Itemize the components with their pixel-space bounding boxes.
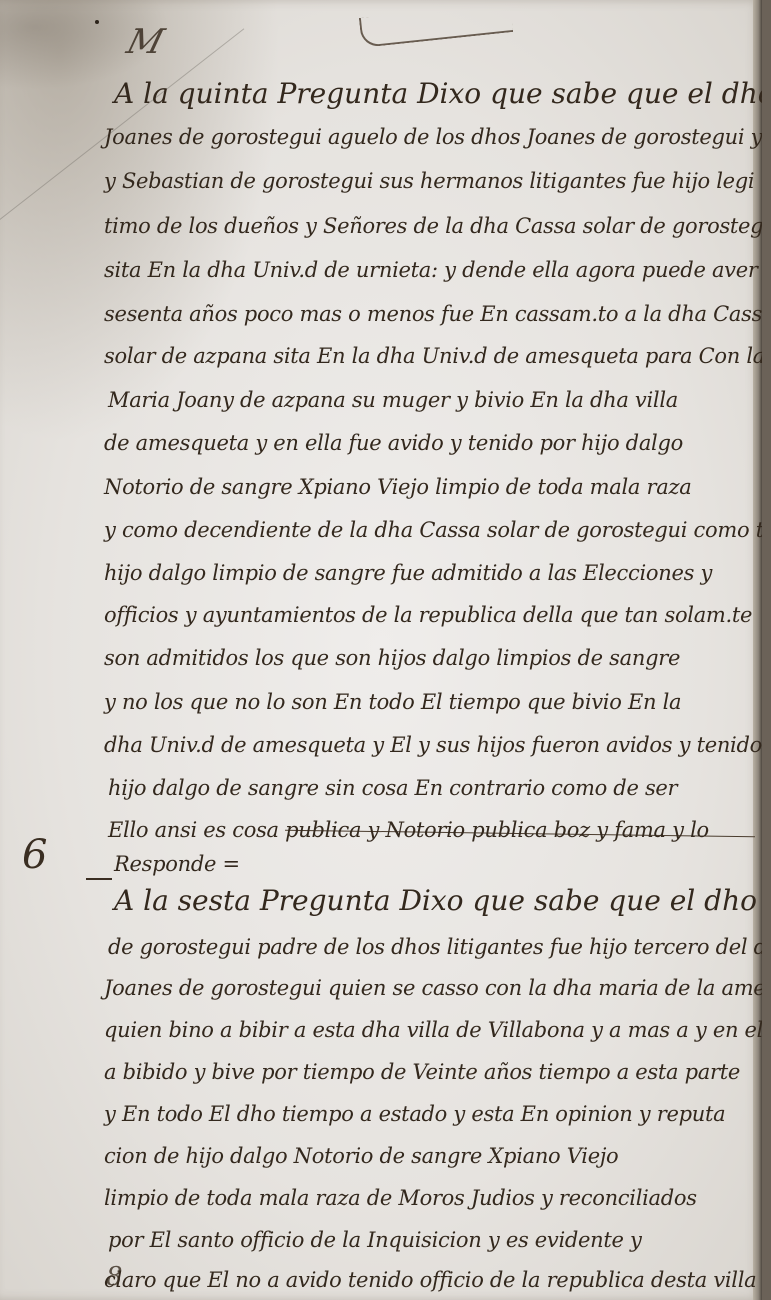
manuscript-page: M 6 8 A la quinta Pregunta Dixo que sabe… <box>0 0 762 1300</box>
text-line: y como decendiente de la dha Cassa solar… <box>104 512 762 548</box>
text-line: de gorostegui padre de los dhos litigant… <box>108 929 762 965</box>
text-line: claro que El no a avido tenido officio d… <box>104 1262 756 1298</box>
text-line: de amesqueta y en ella fue avido y tenid… <box>104 425 683 461</box>
text-line: dha Univ.d de amesqueta y El y sus hijos… <box>104 727 762 763</box>
text-line: Responde = <box>114 846 240 882</box>
text-line: sesenta años poco mas o menos fue En cas… <box>104 296 762 332</box>
margin-dash <box>86 878 112 880</box>
text-line: son admitidos los que son hijos dalgo li… <box>104 640 680 676</box>
text-line: cion de hijo dalgo Notorio de sangre Xpi… <box>104 1138 618 1174</box>
text-line: timo de los dueños y Señores de la dha C… <box>104 208 762 244</box>
question-number: 6 <box>22 832 47 878</box>
text-line: limpio de toda mala raza de Moros Judios… <box>104 1180 697 1216</box>
text-line: por El santo officio de la Inquisicion y… <box>108 1222 642 1258</box>
text-line: y no los que no lo son En todo El tiempo… <box>104 684 681 720</box>
text-line: solar de azpana sita En la dha Univ.d de… <box>104 338 762 374</box>
text-line: A la quinta Pregunta Dixo que sabe que e… <box>114 76 762 112</box>
text-line: Joanes de gorostegui quien se casso con … <box>104 970 762 1006</box>
text-line: hijo dalgo limpio de sangre fue admitido… <box>104 555 712 591</box>
text-line: Joanes de gorostegui aguelo de los dhos … <box>104 119 762 155</box>
text-line: hijo dalgo de sangre sin cosa En contrar… <box>108 770 677 806</box>
text-line: Notorio de sangre Xpiano Viejo limpio de… <box>104 469 691 505</box>
text-line: y Sebastian de gorostegui sus hermanos l… <box>104 163 754 199</box>
text-line: a bibido y bive por tiempo de Veinte año… <box>104 1054 740 1090</box>
text-line: y En todo El dho tiempo a estado y esta … <box>104 1096 725 1132</box>
top-flourish-mark <box>359 2 513 48</box>
text-line: quien bino a bibir a esta dha villa de V… <box>104 1012 762 1048</box>
text-line: Ello ansi es cosa publica y Notorio publ… <box>108 812 709 848</box>
ink-dot <box>95 20 99 24</box>
text-line: Maria Joany de azpana su muger y bivio E… <box>108 382 678 418</box>
text-line: officios y ayuntamientos de la republica… <box>104 597 752 633</box>
text-line: A la sesta Pregunta Dixo que sabe que el… <box>114 883 762 919</box>
text-line: sita En la dha Univ.d de urnieta: y dend… <box>104 252 758 288</box>
